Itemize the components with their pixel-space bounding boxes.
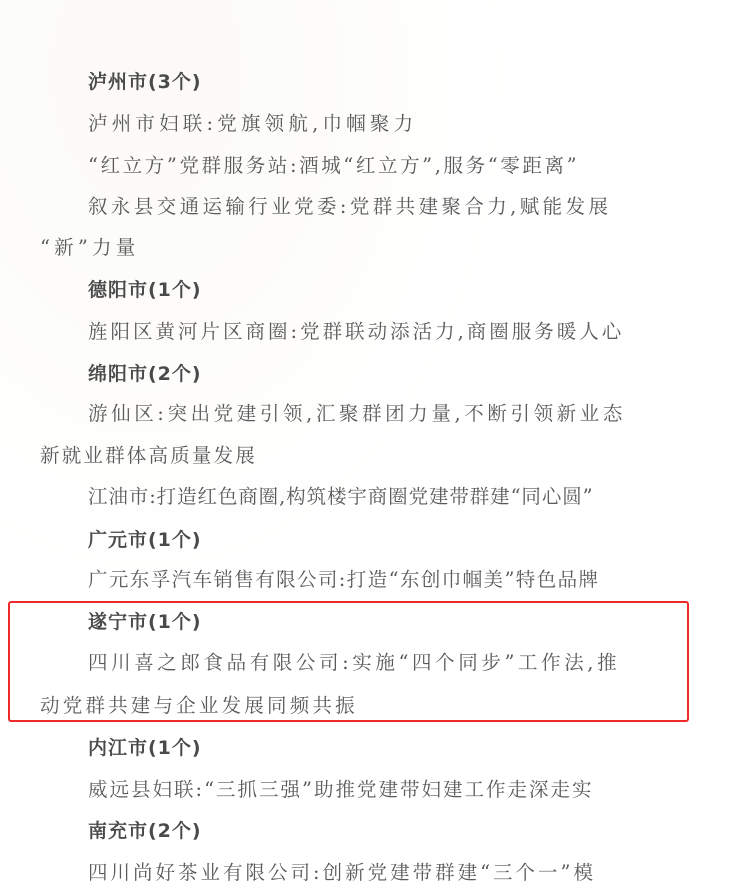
section-heading-guangyuan: 广元市(1个) [88,525,688,555]
entry-text-continued: 新就业群体高质量发展 [40,441,640,471]
entry-text: 广元东孚汽车销售有限公司:打造“东创巾帼美”特色品牌 [88,565,688,595]
entry-text: “红立方”党群服务站:酒城“红立方”,服务“零距离” [88,151,688,181]
entry-text-continued: “新”力量 [40,233,640,263]
section-heading-nanchong: 南充市(2个) [88,816,688,846]
entry-text: 旌阳区黄河片区商圈:党群联动添活力,商圈服务暖人心 [88,317,688,347]
document-page: 泸州市(3个) 泸州市妇联:党旗领航,巾帼聚力 “红立方”党群服务站:酒城“红立… [0,0,732,892]
section-heading-deyang: 德阳市(1个) [88,275,688,305]
entry-text: 威远县妇联:“三抓三强”助推党建带妇建工作走深走实 [88,775,688,805]
section-heading-mianyang: 绵阳市(2个) [88,359,688,389]
section-heading-neijiang: 内江市(1个) [88,733,688,763]
section-heading-luzhou: 泸州市(3个) [88,67,688,97]
entry-text: 游仙区:突出党建引领,汇聚群团力量,不断引领新业态 [88,399,688,429]
entry-text: 四川喜之郎食品有限公司:实施“四个同步”工作法,推 [88,648,688,678]
entry-text: 江油市:打造红色商圈,构筑楼宇商圈党建带群建“同心圆” [88,482,688,512]
entry-text: 叙永县交通运输行业党委:党群共建聚合力,赋能发展 [88,192,688,222]
entry-text: 泸州市妇联:党旗领航,巾帼聚力 [88,109,688,139]
entry-text: 四川尚好茶业有限公司:创新党建带群建“三个一”模 [88,858,688,888]
section-heading-suining: 遂宁市(1个) [88,607,688,637]
entry-text-continued: 动党群共建与企业发展同频共振 [40,691,640,721]
